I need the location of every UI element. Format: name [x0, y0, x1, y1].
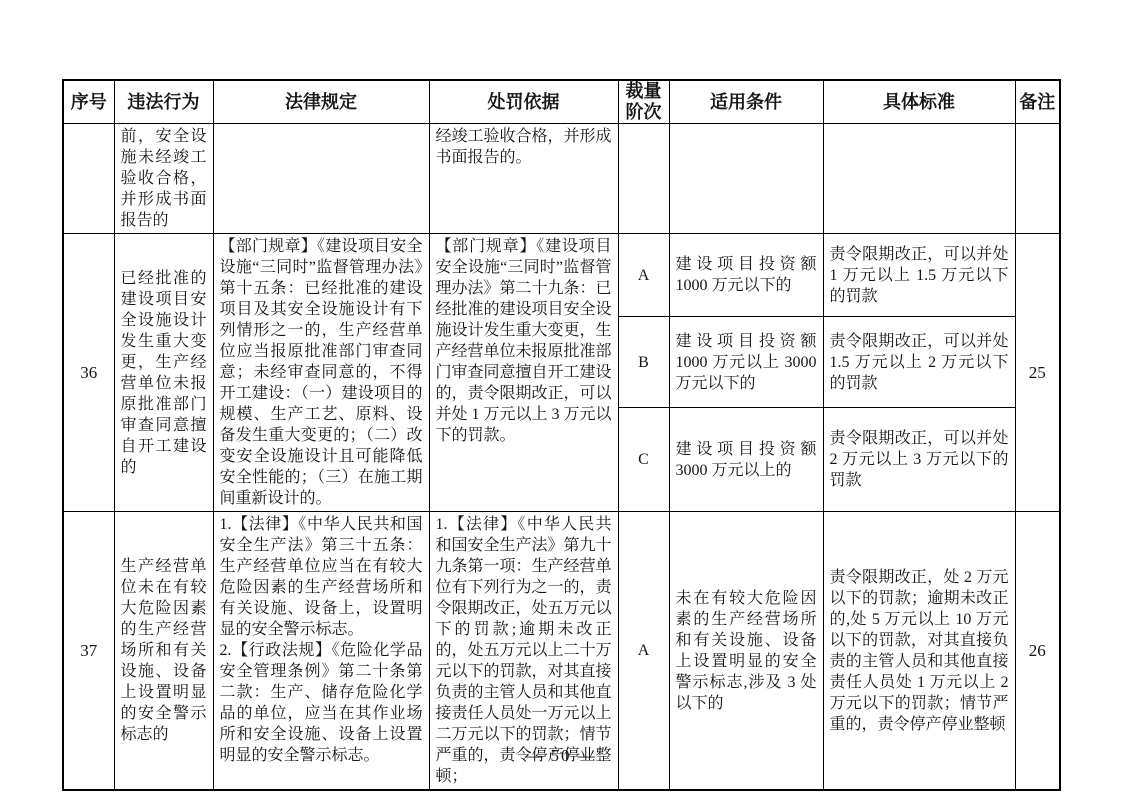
- cell-law-cont: [213, 124, 429, 234]
- column-header-standard: 具体标准: [823, 80, 1015, 124]
- cell-tier-36-b: B: [618, 317, 669, 408]
- cell-remark-cont: [1015, 124, 1060, 234]
- column-header-tier: 裁量阶次: [618, 80, 669, 124]
- cell-condition-36-c: 建设项目投资额 3000 万元以上的: [669, 408, 823, 512]
- table-header-row: 序号 违法行为 法律规定 处罚依据 裁量阶次 适用条件 具体标准 备注: [63, 80, 1060, 124]
- column-header-law: 法律规定: [213, 80, 429, 124]
- penalty-discretion-table: 序号 违法行为 法律规定 处罚依据 裁量阶次 适用条件 具体标准 备注 前，安全…: [62, 79, 1061, 791]
- cell-serial-36: 36: [63, 234, 114, 512]
- column-header-remark: 备注: [1015, 80, 1060, 124]
- cell-penalty-basis-36: 【部门规章】《建设项目安全设施“三同时”监督管理办法》第二十九条：已经批准的建设…: [429, 234, 618, 512]
- column-header-violation: 违法行为: [114, 80, 213, 124]
- cell-standard-36-c: 责令限期改正，可以并处 2 万元以上 3 万元以下的罚款: [823, 408, 1015, 512]
- cell-condition-cont: [669, 124, 823, 234]
- column-header-condition: 适用条件: [669, 80, 823, 124]
- column-header-serial: 序号: [63, 80, 114, 124]
- document-page: 序号 违法行为 法律规定 处罚依据 裁量阶次 适用条件 具体标准 备注 前，安全…: [0, 0, 1122, 793]
- cell-condition-36-a: 建设项目投资额 1000 万元以下的: [669, 234, 823, 317]
- cell-condition-36-b: 建设项目投资额 1000 万元以上 3000 万元以下的: [669, 317, 823, 408]
- cell-standard-cont: [823, 124, 1015, 234]
- cell-standard-36-a: 责令限期改正，可以并处 1 万元以上 1.5 万元以下的罚款: [823, 234, 1015, 317]
- cell-remark-36: 25: [1015, 234, 1060, 512]
- cell-violation-36: 已经批准的建设项目安全设施设计发生重大变更，生产经营单位未报原批准部门审查同意擅…: [114, 234, 213, 512]
- table-row-continuation: 前，安全设施未经竣工验收合格，并形成书面报告的 经竣工验收合格，并形成书面报告的…: [63, 124, 1060, 234]
- cell-violation-cont: 前，安全设施未经竣工验收合格，并形成书面报告的: [114, 124, 213, 234]
- cell-law-36: 【部门规章】《建设项目安全设施“三同时”监督管理办法》第十五条：已经批准的建设项…: [213, 234, 429, 512]
- cell-tier-cont: [618, 124, 669, 234]
- cell-penalty-basis-cont: 经竣工验收合格，并形成书面报告的。: [429, 124, 618, 234]
- table-row-36-tier-a: 36 已经批准的建设项目安全设施设计发生重大变更，生产经营单位未报原批准部门审查…: [63, 234, 1060, 317]
- cell-tier-36-c: C: [618, 408, 669, 512]
- cell-tier-36-a: A: [618, 234, 669, 317]
- page-number: — 50 —: [0, 746, 1122, 766]
- cell-serial-cont: [63, 124, 114, 234]
- law-paragraph-1: 1.【法律】《中华人民共和国安全生产法》第三十五条：生产经营单位应当在有较大危险…: [220, 514, 423, 640]
- column-header-penalty-basis: 处罚依据: [429, 80, 618, 124]
- cell-standard-36-b: 责令限期改正，可以并处 1.5 万元以上 2 万元以下的罚款: [823, 317, 1015, 408]
